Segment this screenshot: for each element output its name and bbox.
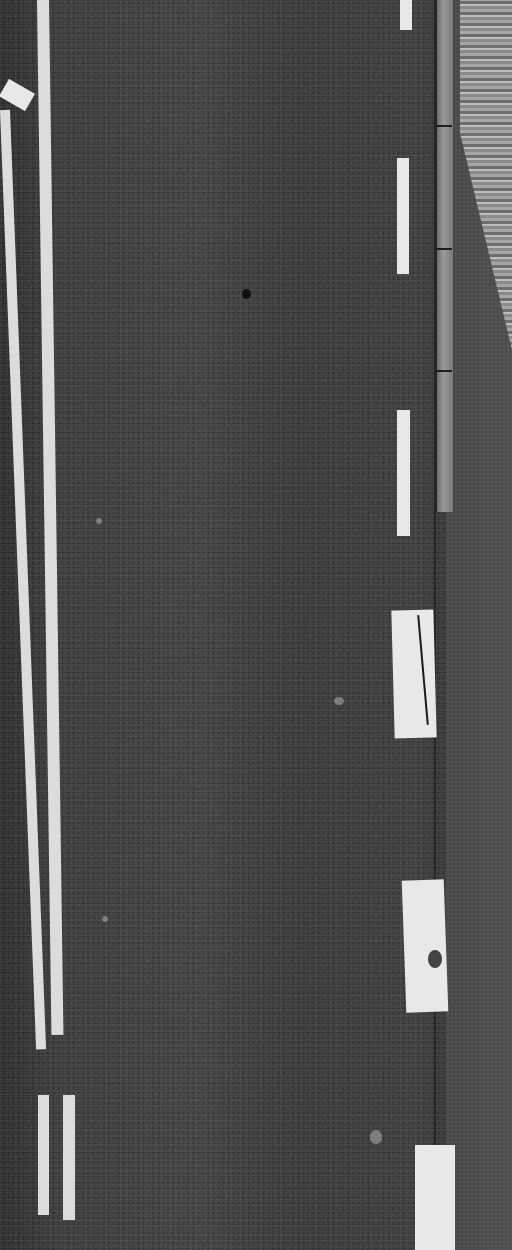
curb-joint [436,370,452,372]
marking-fragment [0,79,35,111]
lane-dash [402,879,449,1012]
edge-line-inner [37,0,63,1035]
curb-joint [436,248,452,250]
lane-dash [400,0,412,30]
road-edge-crack [434,0,436,1250]
edge-line-dash [38,1095,49,1215]
lane-dash [415,1145,455,1250]
road-aerial-image: Top-down grayscale view of an asphalt ro… [0,0,512,1250]
marking-wear-patch [428,950,442,968]
surface-stain [370,1130,382,1144]
lane-dash [397,410,410,536]
edge-line-dash [63,1095,75,1220]
surface-stain [96,518,102,524]
surface-stain [102,916,108,922]
lane-dash [397,158,409,274]
curb-joint [436,125,452,127]
edge-line-outer [0,110,46,1050]
lane-dash [391,609,436,738]
pothole-spot [242,289,251,299]
surface-stain [334,697,344,705]
concrete-curb [436,0,453,512]
